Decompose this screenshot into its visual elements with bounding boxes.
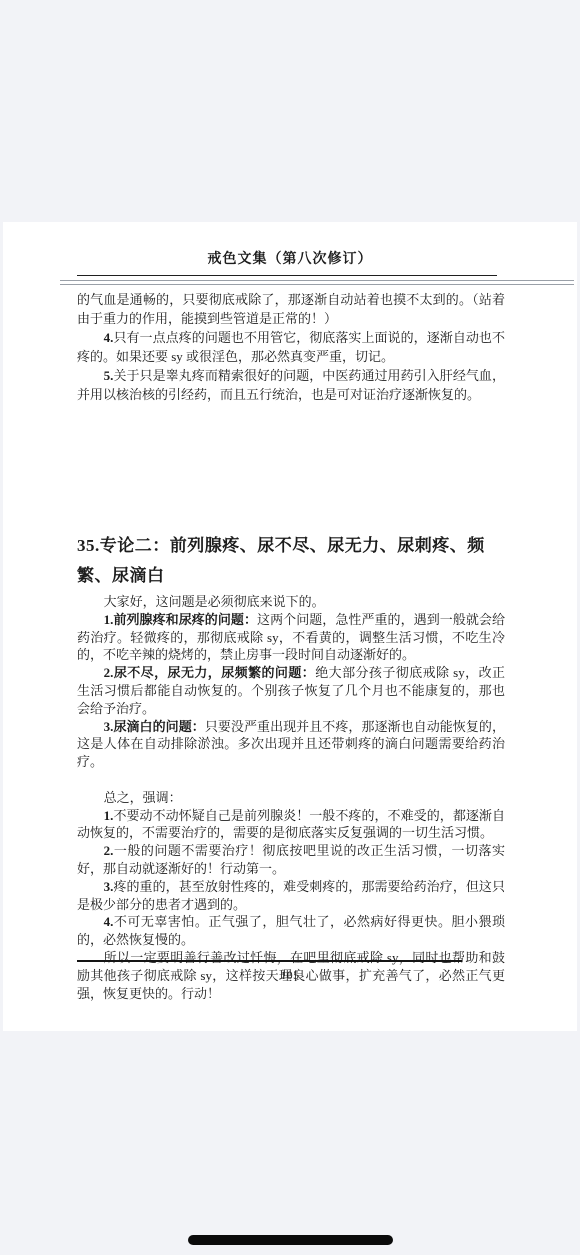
paragraph: 2.一般的问题不需要治疗！彻底按吧里说的改正生活习惯，一切落实好，那自动就逐渐好…	[77, 842, 505, 878]
paragraph-text: 不要动不动怀疑自己是前列腺炎！一般不疼的，不难受的，都逐渐自动恢复的，不需要治疗…	[77, 808, 505, 841]
paragraph-lead: 3.尿滴白的问题：	[104, 719, 205, 734]
paragraph-text: 疼的重的，甚至放射性疼的，难受刺疼的，那需要给药治疗，但这只是极少部分的患者才遇…	[77, 879, 505, 912]
paragraph-lead: 2.	[104, 843, 114, 858]
paragraph: 5.关于只是睾丸疼而精索很好的问题，中医药通过用药引入肝经气血，并用以核治核的引…	[77, 366, 505, 404]
paragraph-lead: 5.	[104, 368, 114, 383]
paragraph: 1.前列腺疼和尿疼的问题：这两个问题，急性严重的，遇到一般就会给药治疗。轻微疼的…	[77, 611, 505, 664]
paragraph-text: 大家好，这问题是必须彻底来说下的。	[104, 594, 325, 609]
footer-rule	[77, 960, 462, 962]
paragraph-text: 总之，强调：	[104, 790, 182, 805]
header-rule	[77, 275, 497, 276]
paragraph: 2.尿不尽，尿无力，尿频繁的问题：绝大部分孩子彻底戒除 sy，改正生活习惯后都能…	[77, 664, 505, 717]
paragraph: 3.尿滴白的问题：只要没严重出现并且不疼，那逐渐也自动能恢复的，这是人体在自动排…	[77, 718, 505, 771]
paragraph: 总之，强调：	[77, 789, 505, 807]
paragraph-lead: 4.	[104, 330, 114, 345]
paragraph-lead: 2.尿不尽，尿无力，尿频繁的问题：	[104, 665, 316, 680]
paragraph-lead: 1.	[104, 808, 114, 823]
paragraph: 3.疼的重的，甚至放射性疼的，难受刺疼的，那需要给药治疗，但这只是极少部分的患者…	[77, 878, 505, 914]
paragraph: 大家好，这问题是必须彻底来说下的。	[77, 593, 505, 611]
paragraph: 的气血是通畅的，只要彻底戒除了，那逐渐自动站着也摸不太到的。（站着由于重力的作用…	[77, 290, 505, 328]
paragraph-text: 关于只是睾丸疼而精索很好的问题，中医药通过用药引入肝经气血，并用以核治核的引经药…	[77, 368, 505, 402]
section-paragraphs: 大家好，这问题是必须彻底来说下的。 1.前列腺疼和尿疼的问题：这两个问题，急性严…	[77, 593, 505, 1002]
paragraph-text: 不可无辜害怕。正气强了，胆气壮了，必然病好得更快。胆小猥琐的，必然恢复慢的。	[77, 914, 505, 947]
paragraph-lead: 4.	[104, 914, 114, 929]
document-page: 戒色文集（第八次修订） 的气血是通畅的，只要彻底戒除了，那逐渐自动站着也摸不太到…	[3, 222, 577, 1031]
page-number: 105	[3, 970, 577, 982]
paragraph-text: 一般的问题不需要治疗！彻底按吧里说的改正生活习惯，一切落实好，那自动就逐渐好的！…	[77, 843, 505, 876]
home-indicator-bar[interactable]	[188, 1235, 393, 1245]
header-double-rule	[60, 280, 574, 285]
paragraph: 1.不要动不动怀疑自己是前列腺炎！一般不疼的，不难受的，都逐渐自动恢复的，不需要…	[77, 807, 505, 843]
section-title: 35.专论二：前列腺疼、尿不尽、尿无力、尿刺疼、频繁、尿滴白	[77, 531, 489, 591]
paragraph-lead: 1.前列腺疼和尿疼的问题：	[104, 612, 257, 627]
paragraph-text: 的气血是通畅的，只要彻底戒除了，那逐渐自动站着也摸不太到的。（站着由于重力的作用…	[77, 292, 505, 326]
paragraph-lead: 3.	[104, 879, 114, 894]
paragraph-text: 只有一点点疼的问题也不用管它，彻底落实上面说的，逐渐自动也不疼的。如果还要 sy…	[77, 330, 505, 364]
header-title: 戒色文集（第八次修订）	[3, 248, 577, 268]
intro-paragraphs: 的气血是通畅的，只要彻底戒除了，那逐渐自动站着也摸不太到的。（站着由于重力的作用…	[77, 290, 505, 404]
paragraph: 4.不可无辜害怕。正气强了，胆气壮了，必然病好得更快。胆小猥琐的，必然恢复慢的。	[77, 913, 505, 949]
paragraph: 4.只有一点点疼的问题也不用管它，彻底落实上面说的，逐渐自动也不疼的。如果还要 …	[77, 328, 505, 366]
